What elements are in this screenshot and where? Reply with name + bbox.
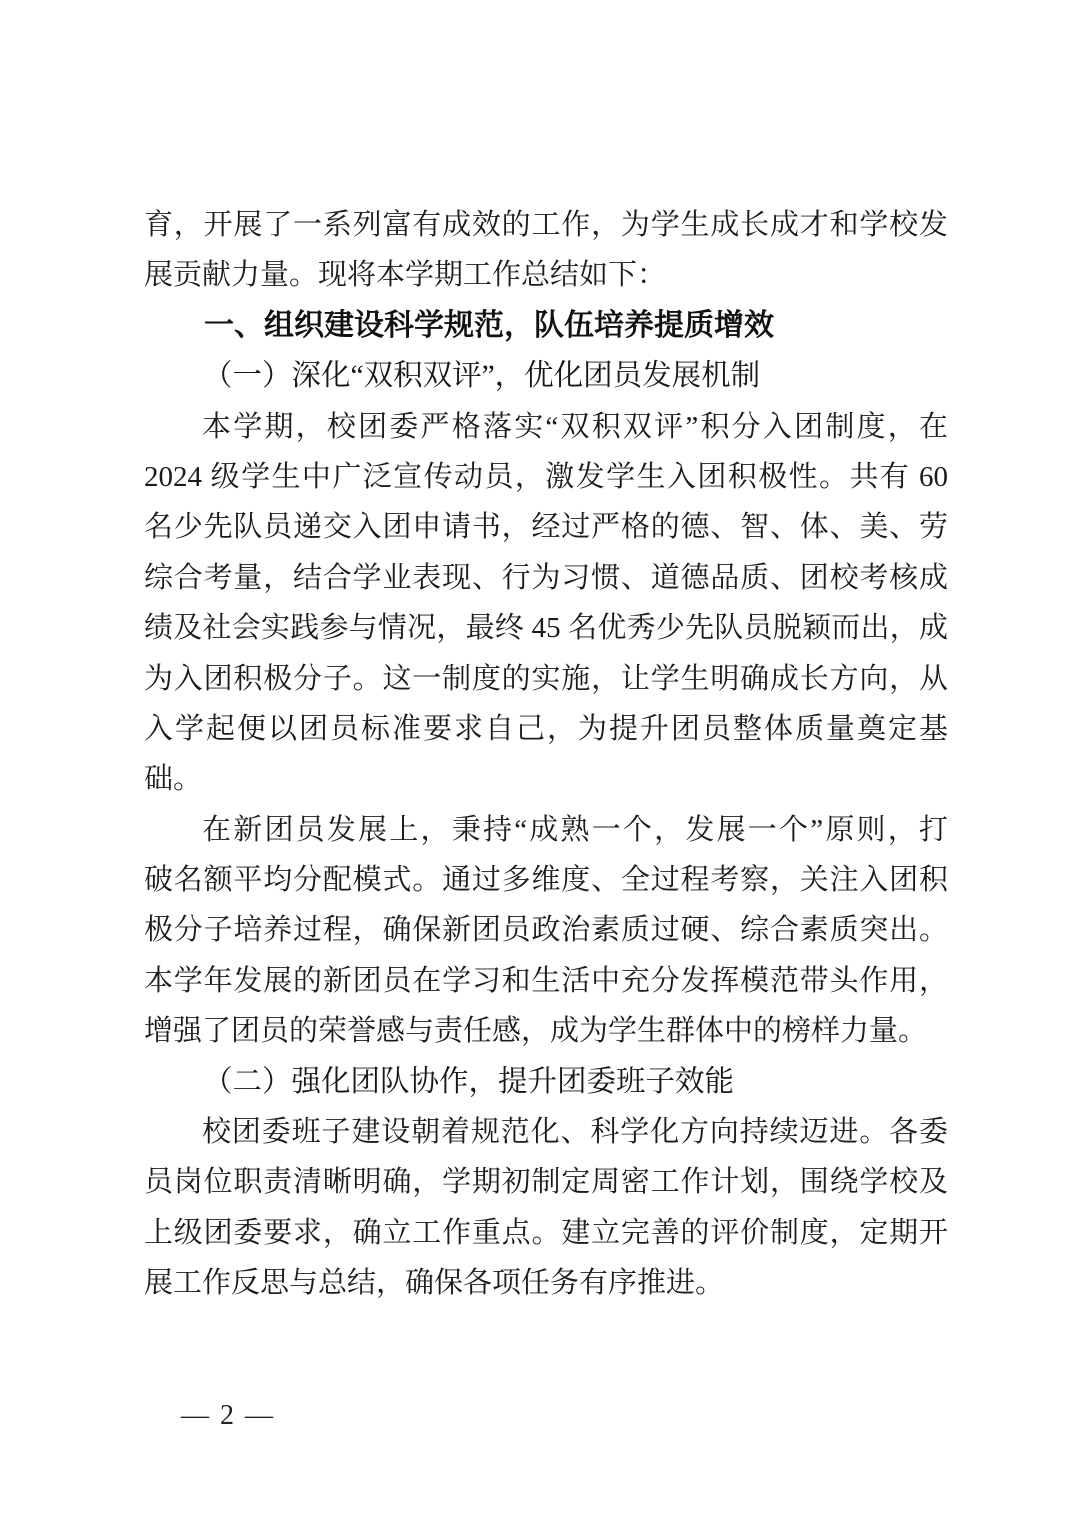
text-line: 破名额平均分配模式。通过多维度、全过程考察，关注入团积	[144, 855, 948, 905]
text-line: （二）强化团队协作，提升团委班子效能	[144, 1057, 948, 1107]
heading-2: （一）深化“双积双评”，优化团员发展机制	[144, 351, 948, 401]
text-line: （一）深化“双积双评”，优化团员发展机制	[144, 351, 948, 401]
text-line: 极分子培养过程，确保新团员政治素质过硬、综合素质突出。	[144, 905, 948, 955]
heading-1: 一、组织建设科学规范，队伍培养提质增效	[144, 301, 948, 351]
text-line: 员岗位职责清晰明确，学期初制定周密工作计划，围绕学校及	[144, 1157, 948, 1207]
text-line: 展工作反思与总结，确保各项任务有序推进。	[144, 1258, 948, 1308]
text-line: 增强了团员的荣誉感与责任感，成为学生群体中的榜样力量。	[144, 1006, 948, 1056]
document-body: 育，开展了一系列富有成效的工作，为学生成长成才和学校发展贡献力量。现将本学期工作…	[144, 200, 948, 1309]
text-line: 在新团员发展上，秉持“成熟一个，发展一个”原则，打	[144, 805, 948, 855]
paragraph: 在新团员发展上，秉持“成熟一个，发展一个”原则，打破名额平均分配模式。通过多维度…	[144, 805, 948, 1057]
text-line: 名少先队员递交入团申请书，经过严格的德、智、体、美、劳	[144, 502, 948, 552]
text-line: 育，开展了一系列富有成效的工作，为学生成长成才和学校发	[144, 200, 948, 250]
text-line: 校团委班子建设朝着规范化、科学化方向持续迈进。各委	[144, 1107, 948, 1157]
page-number: — 2 —	[181, 1399, 275, 1433]
heading-2: （二）强化团队协作，提升团委班子效能	[144, 1057, 948, 1107]
text-line: 本学年发展的新团员在学习和生活中充分发挥模范带头作用，	[144, 956, 948, 1006]
paragraph-continuation: 育，开展了一系列富有成效的工作，为学生成长成才和学校发展贡献力量。现将本学期工作…	[144, 200, 948, 301]
text-line: 础。	[144, 754, 948, 804]
text-line: 展贡献力量。现将本学期工作总结如下：	[144, 250, 948, 300]
text-line: 绩及社会实践参与情况，最终 45 名优秀少先队员脱颖而出，成	[144, 603, 948, 653]
text-line: 上级团委要求，确立工作重点。建立完善的评价制度，定期开	[144, 1208, 948, 1258]
text-line: 综合考量，结合学业表现、行为习惯、道德品质、团校考核成	[144, 553, 948, 603]
text-line: 2024 级学生中广泛宣传动员，激发学生入团积极性。共有 60	[144, 452, 948, 502]
text-line: 一、组织建设科学规范，队伍培养提质增效	[144, 301, 948, 351]
paragraph: 本学期，校团委严格落实“双积双评”积分入团制度，在2024 级学生中广泛宣传动员…	[144, 402, 948, 805]
document-page: 育，开展了一系列富有成效的工作，为学生成长成才和学校发展贡献力量。现将本学期工作…	[0, 0, 1080, 1527]
text-line: 本学期，校团委严格落实“双积双评”积分入团制度，在	[144, 402, 948, 452]
text-line: 入学起便以团员标准要求自己，为提升团员整体质量奠定基	[144, 704, 948, 754]
text-line: 为入团积极分子。这一制度的实施，让学生明确成长方向，从	[144, 654, 948, 704]
paragraph: 校团委班子建设朝着规范化、科学化方向持续迈进。各委员岗位职责清晰明确，学期初制定…	[144, 1107, 948, 1309]
